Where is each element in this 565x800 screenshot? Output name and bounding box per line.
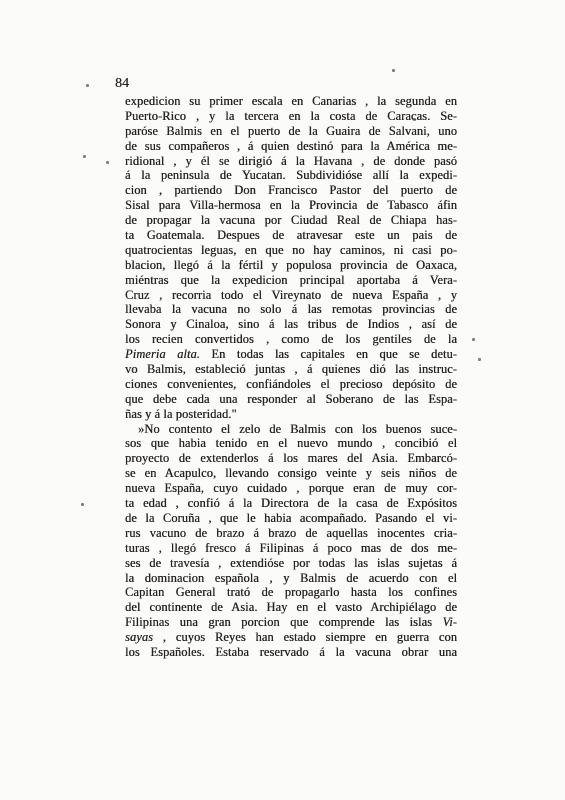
text-segment: la dominacion española , y Balmis de acu… xyxy=(125,571,457,585)
text-segment: , cuyos Reyes han estado siempre en guer… xyxy=(153,630,457,644)
text-line: del continente de Asia. Hay en el vasto … xyxy=(125,600,457,615)
text-line: á la peninsula de Yucatan. Subdividióse … xyxy=(125,168,457,183)
text-segment: del continente de Asia. Hay en el vasto … xyxy=(125,600,457,614)
text-segment: de propagar la vacuna por Ciudad Real de… xyxy=(125,213,457,227)
text-segment: los Españoles. Estaba reservado á la vac… xyxy=(125,645,457,659)
text-line: Puerto-Rico , y la tercera en la costa d… xyxy=(125,109,457,124)
text-segment: de sus compañeros , á quien destinó para… xyxy=(125,139,457,153)
text-line: Sisal para Villa-hermosa en la Provincia… xyxy=(125,198,457,213)
text-segment: miéntras que la expedicion principal apo… xyxy=(125,273,457,287)
text-line: la dominacion española , y Balmis de acu… xyxy=(125,571,457,586)
text-segment: Filipinas una gran porcion que comprende… xyxy=(125,615,442,629)
text-line: cion , partiendo Don Francisco Pastor de… xyxy=(125,183,457,198)
text-segment: »No contento el zelo de Balmis con los b… xyxy=(138,422,457,436)
text-line: nueva España, cuyo cuidado , porque eran… xyxy=(125,481,457,496)
text-line: ciones convenientes, confiándoles el pre… xyxy=(125,377,457,392)
text-segment: proyecto de extenderlos á los mares del … xyxy=(125,451,457,465)
text-segment: quatrocientas leguas, en que no hay cami… xyxy=(125,243,457,257)
text-line: Sonora y Cinaloa, sino á las tribus de I… xyxy=(125,317,457,332)
text-segment: á la peninsula de Yucatan. Subdividióse … xyxy=(125,168,457,182)
text-segment: ta Goatemala. Despues de atravesar este … xyxy=(125,228,457,242)
ink-speck xyxy=(86,84,89,87)
text-segment: se en Acapulco, llevando consigo veinte … xyxy=(125,466,457,480)
body-text-block: expedicion su primer escala en Canarias … xyxy=(125,94,457,660)
text-line: los Españoles. Estaba reservado á la vac… xyxy=(125,645,457,660)
text-segment: llevaba la vacuna no solo á las remotas … xyxy=(125,302,457,316)
text-segment: Cruz , recorria todo el Vireynato de nue… xyxy=(125,288,457,302)
ink-speck xyxy=(81,503,84,506)
text-segment: ciones convenientes, confiándoles el pre… xyxy=(125,377,457,391)
text-segment: nueva España, cuyo cuidado , porque eran… xyxy=(125,481,457,495)
ink-speck xyxy=(392,69,395,72)
italic-text-segment: Pimeria alta. xyxy=(125,347,200,361)
ink-speck xyxy=(83,155,86,158)
text-segment: ñas y á la posteridad." xyxy=(125,407,237,421)
italic-text-segment: sayas xyxy=(125,630,153,644)
text-line: paróse Balmis en el puerto de la Guaira … xyxy=(125,124,457,139)
text-line: ñas y á la posteridad." xyxy=(125,407,457,422)
text-line: los recien convertidos , como de los gen… xyxy=(125,332,457,347)
text-line: Cruz , recorria todo el Vireynato de nue… xyxy=(125,288,457,303)
text-line: expedicion su primer escala en Canarias … xyxy=(125,94,457,109)
text-line: proyecto de extenderlos á los mares del … xyxy=(125,451,457,466)
text-segment: ses de travesía , extendióse por todas l… xyxy=(125,556,457,570)
text-line: »No contento el zelo de Balmis con los b… xyxy=(125,422,457,437)
text-segment: Sonora y Cinaloa, sino á las tribus de I… xyxy=(125,317,457,331)
text-line: miéntras que la expedicion principal apo… xyxy=(125,273,457,288)
italic-text-segment: Vi- xyxy=(442,615,457,629)
ink-speck xyxy=(413,118,416,121)
text-segment: Capitan General trató de propagarlo hast… xyxy=(125,585,457,599)
text-line: quatrocientas leguas, en que no hay cami… xyxy=(125,243,457,258)
text-line: ridional , y él se dirigió á la Havana ,… xyxy=(125,154,457,169)
paragraph: expedicion su primer escala en Canarias … xyxy=(125,94,457,422)
ink-speck xyxy=(106,161,109,164)
text-segment: sos que habia tenido en el nuevo mundo ,… xyxy=(125,436,457,450)
text-line: blacion, llegó á la fértil y populosa pr… xyxy=(125,258,457,273)
ink-speck xyxy=(478,358,481,361)
text-segment: los recien convertidos , como de los gen… xyxy=(125,332,457,346)
text-line: rus vacuno de brazo á brazo de aquellas … xyxy=(125,526,457,541)
ink-speck xyxy=(472,338,475,341)
text-segment: paróse Balmis en el puerto de la Guaira … xyxy=(125,124,457,138)
text-segment: cion , partiendo Don Francisco Pastor de… xyxy=(125,183,457,197)
text-line: se en Acapulco, llevando consigo veinte … xyxy=(125,466,457,481)
text-segment: ta edad , confió á la Directora de la ca… xyxy=(125,496,457,510)
text-segment: de la Coruña , que le habia acompañado. … xyxy=(125,511,457,525)
text-line: sayas , cuyos Reyes han estado siempre e… xyxy=(125,630,457,645)
text-line: vo Balmis, estableció juntas , á quienes… xyxy=(125,362,457,377)
text-line: ta edad , confió á la Directora de la ca… xyxy=(125,496,457,511)
page-number: 84 xyxy=(115,76,129,92)
text-line: Capitan General trató de propagarlo hast… xyxy=(125,585,457,600)
paragraph: »No contento el zelo de Balmis con los b… xyxy=(125,422,457,660)
text-line: llevaba la vacuna no solo á las remotas … xyxy=(125,302,457,317)
text-line: de propagar la vacuna por Ciudad Real de… xyxy=(125,213,457,228)
text-segment: En todas las capitales en que se detu- xyxy=(200,347,457,361)
text-line: sos que habia tenido en el nuevo mundo ,… xyxy=(125,436,457,451)
text-segment: expedicion su primer escala en Canarias … xyxy=(125,94,457,108)
text-line: que debe cada una responder al Soberano … xyxy=(125,392,457,407)
text-line: ta Goatemala. Despues de atravesar este … xyxy=(125,228,457,243)
text-line: de la Coruña , que le habia acompañado. … xyxy=(125,511,457,526)
text-segment: ridional , y él se dirigió á la Havana ,… xyxy=(125,154,457,168)
text-line: de sus compañeros , á quien destinó para… xyxy=(125,139,457,154)
text-line: turas , llegó fresco á Filipinas á poco … xyxy=(125,541,457,556)
text-segment: turas , llegó fresco á Filipinas á poco … xyxy=(125,541,457,555)
text-line: Pimeria alta. En todas las capitales en … xyxy=(125,347,457,362)
text-segment: rus vacuno de brazo á brazo de aquellas … xyxy=(125,526,457,540)
text-segment: blacion, llegó á la fértil y populosa pr… xyxy=(125,258,457,272)
text-segment: Sisal para Villa-hermosa en la Provincia… xyxy=(125,198,457,212)
text-segment: Puerto-Rico , y la tercera en la costa d… xyxy=(125,109,457,123)
scanned-book-page: 84 expedicion su primer escala en Canari… xyxy=(0,0,565,800)
text-line: Filipinas una gran porcion que comprende… xyxy=(125,615,457,630)
text-line: ses de travesía , extendióse por todas l… xyxy=(125,556,457,571)
text-segment: que debe cada una responder al Soberano … xyxy=(125,392,457,406)
text-segment: vo Balmis, estableció juntas , á quienes… xyxy=(125,362,457,376)
